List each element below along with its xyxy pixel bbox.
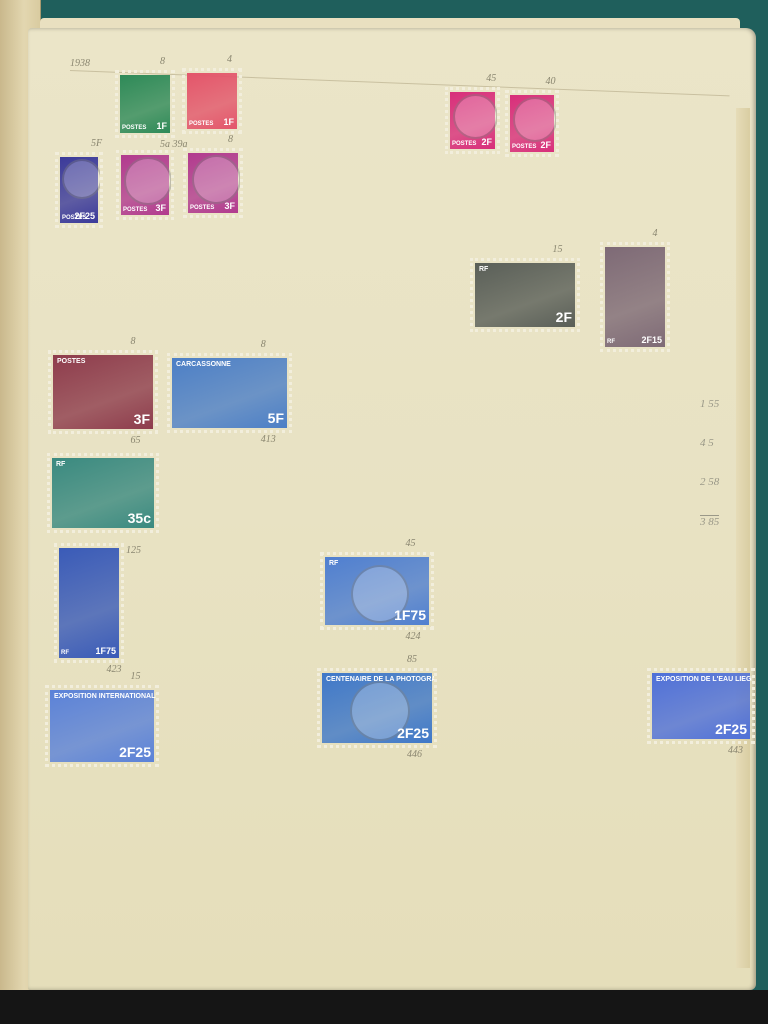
stamp-inscription: CARCASSONNE (176, 361, 231, 368)
stamp-normandie: 1F75RF (320, 552, 434, 630)
stamp-avignon: 3FPOSTES (48, 350, 158, 434)
stamp-inscription: POSTES (452, 141, 476, 147)
price-note: 4 (653, 228, 658, 239)
medallion-portrait (62, 159, 102, 199)
tally-line: 4 5 (700, 437, 719, 450)
tally-line: 2 58 (700, 476, 719, 489)
medallion-portrait (124, 157, 172, 205)
denomination: 2F15 (641, 335, 662, 345)
medallion-portrait (453, 94, 498, 139)
catalog-note: 443 (728, 745, 743, 756)
denomination: 1F75 (394, 607, 426, 623)
stamp-inscription: RF (329, 560, 338, 567)
catalog-note: 125 (126, 545, 141, 556)
stamp-inscription: POSTES (189, 121, 213, 127)
price-note: 5F (91, 138, 102, 149)
medallion-portrait (513, 97, 558, 142)
stamp-inscription: POSTES (512, 144, 536, 150)
year-note: 1938 (70, 58, 90, 69)
table-surface (0, 990, 768, 1024)
stamp-ceres-pink-1: 2FPOSTES (445, 87, 500, 154)
stamp-inscription: POSTES (123, 207, 147, 213)
margin-tally: 1 55 4 5 2 58 3 85 (700, 372, 719, 542)
denomination: 35c (128, 510, 151, 526)
catalog-note: 423 (107, 664, 122, 675)
tally-line: 3 85 (700, 515, 719, 529)
denomination: 2F25 (119, 744, 151, 760)
stamp-inscription: EXPOSITION INTERNATIONALE (54, 693, 159, 700)
stamp-design (605, 247, 665, 347)
stamp-descartes: 35cRF (47, 453, 159, 533)
stamp-arc-orange: 2FRF (470, 258, 580, 332)
price-note: 45 (406, 538, 416, 549)
price-note: 40 (546, 76, 556, 87)
denomination: 2F (556, 309, 572, 325)
denomination: 3F (134, 411, 150, 427)
stamp-design (59, 548, 119, 658)
price-note: 45 (486, 73, 496, 84)
price-note: 15 (131, 671, 141, 682)
stamp-carcassonne: 5FCARCASSONNE (167, 353, 292, 433)
denomination: 3F (224, 201, 235, 211)
denomination: 2F25 (397, 725, 429, 741)
stamp-ceres-pink-2: 2FPOSTES (505, 90, 559, 157)
catalog-note: 413 (261, 434, 276, 445)
stamp-inscription: POSTES (190, 205, 214, 211)
stamp-iris-green: 1FPOSTES (115, 70, 175, 138)
catalog-note: 446 (407, 749, 422, 760)
stamp-inscription: CENTENAIRE DE LA PHOTOGRAPHIE (326, 676, 437, 683)
medallion-portrait (192, 155, 241, 204)
stamp-inscription: POSTES (62, 215, 86, 221)
stamp-inscription: RF (479, 266, 488, 273)
stamp-ceres-purple-1: 3FPOSTES (116, 150, 174, 220)
denomination: 5F (268, 410, 284, 426)
price-note: 8 (261, 339, 266, 350)
price-note: 8 (228, 134, 233, 145)
price-note: 8 (131, 336, 136, 347)
denomination: 1F (156, 121, 167, 131)
denomination: 2F (540, 140, 551, 150)
stamp-inscription: EXPOSITION DE L'EAU LIEGE 1939 (656, 676, 755, 683)
denomination: 2F (481, 137, 492, 147)
page-edge (736, 108, 750, 968)
price-note: 8 (160, 56, 165, 67)
denomination: 2F25 (715, 721, 747, 737)
stamp-photographie: 2F25CENTENAIRE DE LA PHOTOGRAPHIE (317, 668, 437, 748)
stamp-chartres: 1F75RF (54, 543, 124, 663)
stamp-inscription: RF (56, 461, 65, 468)
denomination: 1F (223, 117, 234, 127)
price-note: 15 (553, 244, 563, 255)
catalog-note: 424 (406, 631, 421, 642)
denomination: 3F (155, 203, 166, 213)
stamp-expo-newyork: 2F25EXPOSITION INTERNATIONALE (45, 685, 159, 767)
stamp-inscription: POSTES (57, 358, 85, 365)
stamp-miners: 2F15RF (600, 242, 670, 352)
stamp-inscription: RF (61, 650, 69, 656)
stamp-ceres-blue: 2F25POSTES (55, 152, 103, 228)
price-note: 85 (407, 654, 417, 665)
denomination: 1F75 (95, 646, 116, 656)
stamp-inscription: RF (607, 339, 615, 345)
price-note: 4 (227, 54, 232, 65)
stamp-expo-liege: 2F25EXPOSITION DE L'EAU LIEGE 1939 (647, 668, 755, 744)
catalog-note: 65 (131, 435, 141, 446)
tally-line: 1 55 (700, 398, 719, 411)
stamp-inscription: POSTES (122, 125, 146, 131)
stamp-iris-red: 1FPOSTES (182, 68, 242, 134)
stamp-ceres-purple-2: 3FPOSTES (183, 148, 243, 218)
